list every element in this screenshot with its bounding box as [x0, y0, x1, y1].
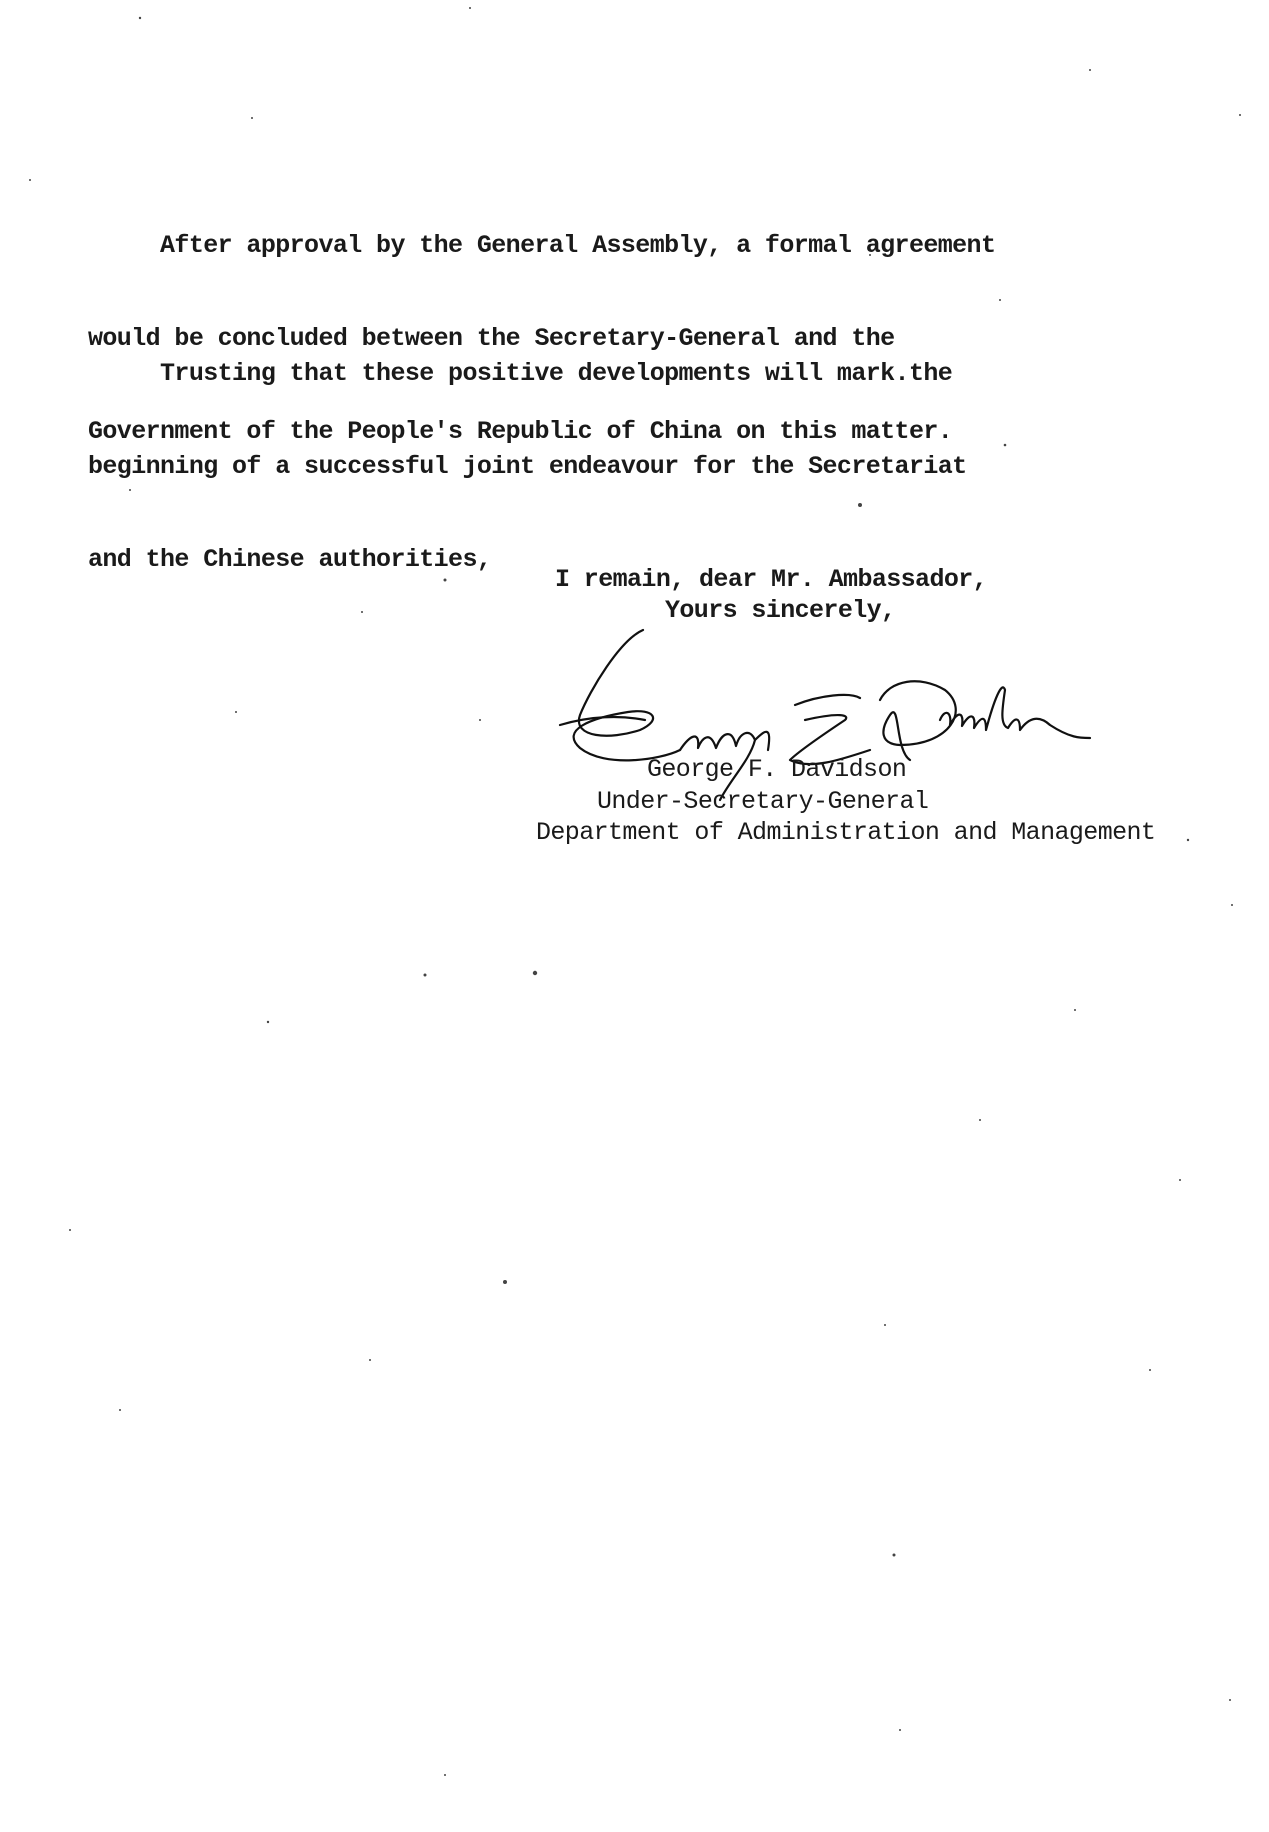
paragraph-line: After approval by the General Assembly, …	[88, 230, 1108, 261]
paragraph-line: Trusting that these positive development…	[88, 358, 1108, 389]
closing-salutation: I remain, dear Mr. Ambassador,	[555, 564, 987, 595]
signatory-department: Department of Administration and Managem…	[536, 817, 1155, 848]
letter-page: After approval by the General Assembly, …	[0, 0, 1269, 1832]
paragraph-line: beginning of a successful joint endeavou…	[88, 451, 1108, 482]
signatory-name: George F. Davidson	[647, 754, 906, 785]
signatory-title: Under-Secretary-General	[597, 786, 928, 817]
